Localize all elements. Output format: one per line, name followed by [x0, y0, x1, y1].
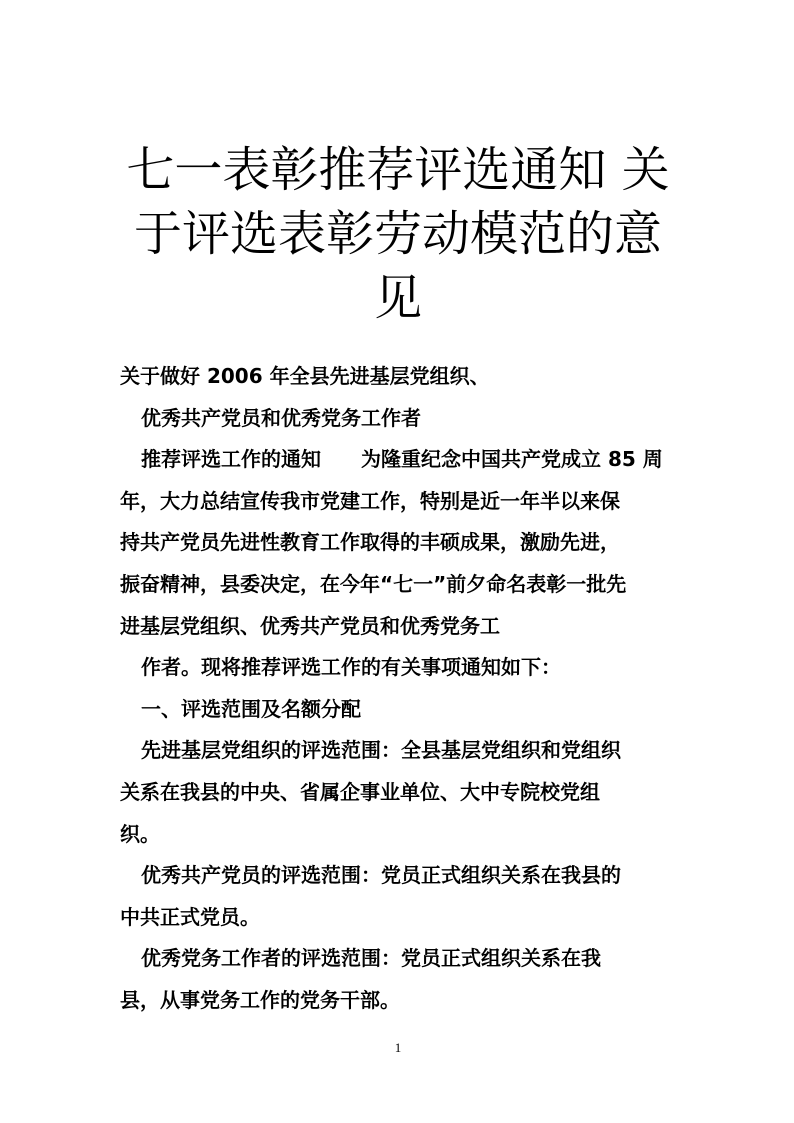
- body-line: 中共正式党员。: [120, 897, 680, 939]
- body-line: 关系在我县的中央、省属企事业单位、大中专院校党组: [120, 772, 680, 814]
- body-line: 推荐评选工作的通知 为隆重纪念中国共产党成立 85 周: [120, 439, 680, 481]
- document-title: 七一表彰推荐评选通知 关 于评选表彰劳动模范的意 见: [118, 138, 678, 330]
- title-line-1: 七一表彰推荐评选通知 关: [118, 138, 678, 202]
- body-line: 作者。现将推荐评选工作的有关事项通知如下：: [120, 647, 680, 689]
- body-line: 持共产党员先进性教育工作取得的丰硕成果，激励先进，: [120, 522, 680, 564]
- body-line: 优秀共产党员和优秀党务工作者: [120, 398, 680, 440]
- body-line: 织。: [120, 814, 680, 856]
- body-line: 进基层党组织、优秀共产党员和优秀党务工: [120, 606, 680, 648]
- document-body: 关于做好 2006 年全县先进基层党组织、优秀共产党员和优秀党务工作者推荐评选工…: [120, 356, 680, 1022]
- title-line-2: 于评选表彰劳动模范的意: [118, 202, 678, 266]
- body-line: 优秀共产党员的评选范围：党员正式组织关系在我县的: [120, 855, 680, 897]
- title-line-3: 见: [118, 266, 678, 330]
- body-line: 优秀党务工作者的评选范围：党员正式组织关系在我: [120, 938, 680, 980]
- document-page: 七一表彰推荐评选通知 关 于评选表彰劳动模范的意 见 关于做好 2006 年全县…: [0, 0, 794, 1123]
- body-line: 年，大力总结宣传我市党建工作，特别是近一年半以来保: [120, 481, 680, 523]
- body-line: 一、评选范围及名额分配: [120, 689, 680, 731]
- body-line: 关于做好 2006 年全县先进基层党组织、: [120, 356, 680, 398]
- page-number: 1: [390, 1040, 406, 1056]
- body-line: 振奋精神，县委决定，在今年“七一”前夕命名表彰一批先: [120, 564, 680, 606]
- body-line: 先进基层党组织的评选范围：全县基层党组织和党组织: [120, 730, 680, 772]
- body-line: 县，从事党务工作的党务干部。: [120, 980, 680, 1022]
